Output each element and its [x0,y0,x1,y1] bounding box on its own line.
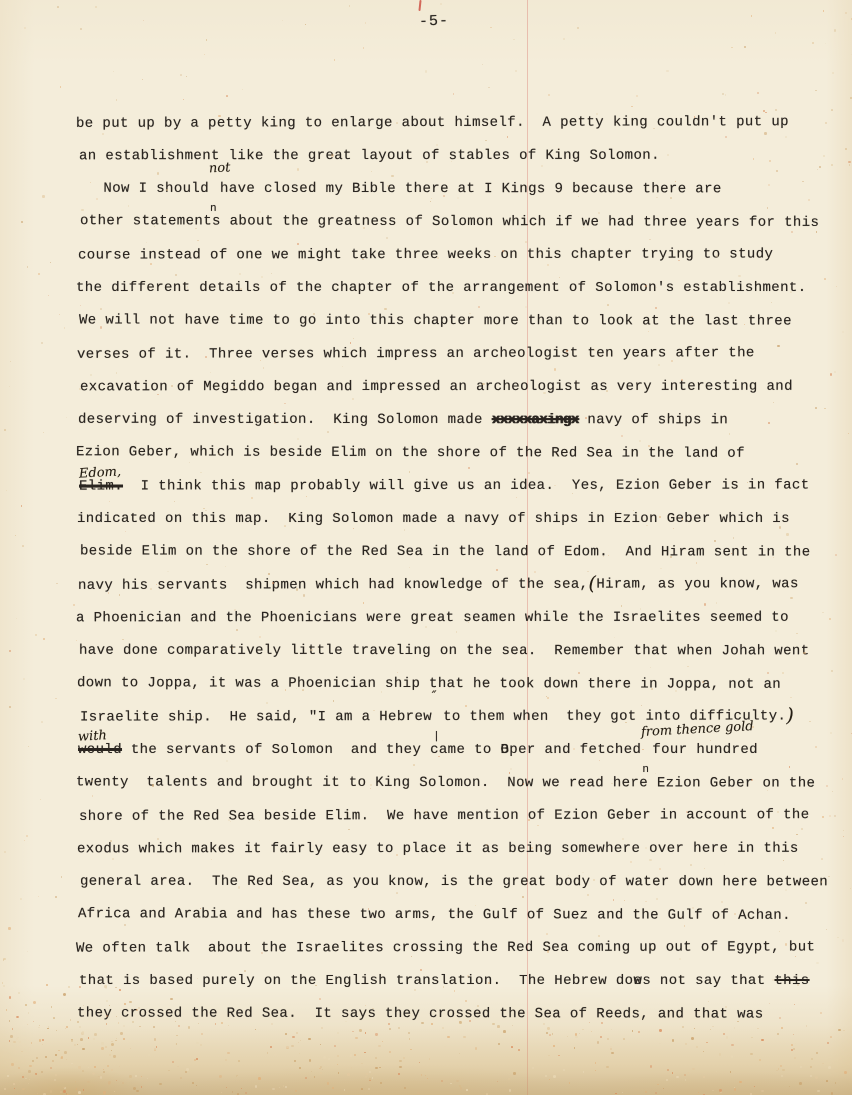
paper-speckle [365,1032,367,1034]
paper-speckle [237,1075,239,1077]
overstrike-char: e [634,971,643,991]
paper-speckle [294,1060,296,1062]
paper-speckle [90,374,92,376]
paper-speckle [610,1048,612,1050]
paper-speckle [781,1027,783,1029]
paper-speckle [38,1027,40,1029]
paper-speckle [587,894,589,896]
paper-speckle [823,10,825,12]
paper-speckle [822,1063,823,1064]
paper-speckle [507,136,508,137]
paper-speckle [703,1051,704,1052]
paper-speckle [754,1086,755,1087]
paper-speckle [610,1046,612,1048]
paper-speckle [733,537,735,539]
typed-text: excavation of Megiddo began and impresse… [80,379,793,396]
paper-speckle [63,993,66,996]
paper-speckle [808,199,809,200]
paper-speckle [2,982,4,984]
paper-speckle [417,1092,419,1094]
paper-speckle [157,172,159,174]
paper-speckle [29,1065,32,1068]
paper-speckle [241,1088,242,1089]
paper-speckle [352,398,354,400]
paper-speckle [777,345,779,347]
paper-speckle [822,816,823,817]
paper-speckle [51,1006,53,1008]
typed-line: the different details of the chapter of … [76,278,807,298]
paper-speckle [845,148,847,150]
paper-speckle [380,1082,382,1084]
paper-speckle [351,1067,352,1068]
paper-speckle [196,1042,198,1044]
paper-speckle [266,702,268,704]
paper-speckle [440,3,442,5]
paper-speckle [32,1060,34,1062]
handwritten-mark: ) [786,704,794,726]
paper-speckle [835,1082,837,1084]
paper-speckle [834,29,836,31]
paper-speckle [579,1033,580,1034]
paper-speckle [55,896,57,898]
paper-speckle [794,1004,795,1005]
paper-speckle [174,501,175,502]
paper-speckle [682,1026,684,1028]
typed-text: twenty talents and brought it to King So… [76,774,815,791]
paper-speckle [621,435,623,437]
paper-speckle [739,1081,741,1083]
paper-speckle [116,1038,117,1039]
paper-speckle [116,372,118,374]
paper-speckle [192,1082,194,1084]
paper-speckle [389,1028,391,1030]
paper-speckle [831,109,833,111]
paper-speckle [554,368,556,370]
handwritten-correction: with [77,726,107,747]
paper-speckle [630,861,632,863]
paper-speckle [379,1067,380,1068]
paper-speckle [60,1091,62,1093]
typed-line: beside Elim on the shore of the Red Sea … [80,541,811,562]
paper-speckle [844,1071,847,1074]
typed-text: Hiram, as you know, was [596,576,798,592]
paper-speckle [35,1074,36,1075]
paper-speckle [76,1088,77,1089]
paper-speckle [271,273,272,274]
paper-speckle [510,768,512,770]
typed-line: they crossed the Red Sea. It says they c… [77,1003,764,1024]
paper-speckle [738,275,740,277]
paper-speckle [694,1028,695,1029]
paper-speckle [154,1038,156,1040]
paper-speckle [522,896,524,898]
paper-speckle [168,1070,170,1072]
paper-speckle [172,1061,173,1062]
paper-speckle [421,1074,422,1075]
paper-speckle [615,1093,617,1095]
paper-speckle [119,1066,120,1067]
paper-speckle [28,1083,29,1084]
paper-speckle [194,1059,196,1061]
typed-text: Africa and Arabia and has these two arms… [78,906,791,924]
paper-speckle [38,896,39,897]
paper-speckle [363,47,364,48]
paper-speckle [849,164,850,165]
paper-speckle [509,1089,512,1092]
typed-text: deserving of investigation. King Solomon… [78,412,492,428]
paper-speckle [347,1073,350,1076]
paper-speckle [645,1091,647,1093]
paper-speckle [63,1090,66,1093]
paper-speckle [14,1088,15,1089]
paper-speckle [369,1080,371,1082]
paper-speckle [482,64,483,65]
paper-speckle [595,1062,596,1063]
paper-speckle [42,195,44,197]
paper-speckle [255,1085,257,1087]
paper-speckle [93,1038,95,1040]
paper-speckle [823,155,825,157]
paper-speckle [226,95,228,97]
paper-speckle [843,836,844,837]
paper-speckle [61,876,62,877]
paper-speckle [111,1041,112,1042]
paper-speckle [726,1036,729,1039]
typed-text: navy of ships in [579,412,729,428]
typed-text: We will not have time to go into this ch… [79,312,792,329]
paper-speckle [18,1067,20,1069]
paper-speckle [552,1033,553,1034]
paper-speckle [101,1047,103,1049]
paper-speckle [430,201,431,202]
paper-speckle [485,140,486,141]
paper-speckle [88,1067,89,1068]
paper-speckle [348,829,350,831]
paper-speckle [815,407,817,409]
paper-speckle [826,785,828,787]
paper-speckle [141,1076,142,1077]
paper-speckle [107,1065,109,1067]
paper-speckle [567,1036,568,1037]
paper-speckle [838,1029,840,1031]
paper-speckle [398,1073,400,1075]
paper-speckle [365,1076,367,1078]
paper-speckle [769,160,771,162]
paper-speckle [663,1088,664,1089]
paper-speckle [8,927,10,929]
paper-speckle [251,497,253,499]
paper-speckle [403,1057,405,1059]
paper-speckle [334,59,335,60]
paper-speckle [305,1077,307,1079]
paper-speckle [299,1053,300,1054]
paper-speckle [103,1069,104,1070]
paper-speckle [225,566,226,567]
paper-speckle [227,1052,230,1055]
paper-speckle [297,438,299,440]
paper-speckle [50,262,51,263]
paper-speckle [176,1035,177,1036]
paper-speckle [831,164,833,166]
paper-speckle [139,1026,141,1028]
paper-speckle [656,898,658,900]
paper-speckle [638,1031,640,1033]
paper-speckle [371,171,372,172]
paper-speckle [361,1088,363,1090]
paper-speckle [41,342,42,343]
typed-text: four hundred [652,742,758,758]
paper-speckle [704,868,705,869]
paper-speckle [78,1091,81,1094]
paper-speckle [649,859,651,861]
paper-speckle [35,1073,37,1075]
paper-speckle [827,1042,830,1045]
paper-speckle [722,93,724,95]
paper-speckle [410,1049,412,1051]
paper-speckle [41,1071,43,1073]
paper-speckle [409,471,411,473]
paper-speckle [816,1052,818,1054]
paper-speckle [801,828,803,830]
paper-speckle [21,1051,23,1053]
paper-speckle [753,158,754,159]
paper-speckle [791,1049,793,1051]
paper-speckle [35,634,36,635]
typed-line: Ezion Geber, which is beside Elim on the… [76,442,745,464]
paper-speckle [322,1069,323,1070]
paper-speckle [73,604,75,606]
paper-speckle [238,1060,240,1062]
paper-speckle [123,1038,125,1040]
paper-speckle [219,1075,221,1077]
paper-speckle [834,815,836,817]
paper-speckle [378,1045,381,1048]
paper-speckle [783,860,784,861]
paper-speckle [3,959,4,960]
paper-speckle [292,1036,295,1039]
paper-speckle [391,175,393,177]
typed-text: We often talk about the Israelites cross… [76,939,815,956]
paper-speckle [782,1069,785,1072]
paper-speckle [94,1066,95,1067]
paper-speckle [226,760,228,762]
paper-speckle [9,996,11,998]
paper-speckle [36,1057,38,1059]
paper-speckle [10,1035,12,1037]
paper-speckle [399,1066,402,1069]
paper-speckle [475,1047,478,1050]
typed-text: they crossed the Red Sea. It says they c… [77,1005,764,1022]
paper-speckle [88,1037,89,1038]
paper-speckle [781,1075,783,1077]
paper-speckle [611,1029,612,1030]
paper-speckle [659,1029,662,1032]
paper-speckle [365,22,367,24]
paper-speckle [297,168,299,170]
paper-speckle [53,1017,55,1019]
paper-speckle [456,1080,459,1083]
paper-speckle [236,629,238,631]
paper-speckle [684,925,685,926]
paper-speckle [200,472,201,473]
paper-speckle [128,205,129,206]
paper-speckle [775,630,777,632]
paper-speckle [546,1032,548,1034]
paper-speckle [80,1046,82,1048]
paper-speckle [354,1054,356,1056]
paper-speckle [296,1032,298,1034]
paper-speckle [27,266,28,267]
paper-speckle [773,402,774,403]
typed-line: exodus which makes it fairly easy to pla… [77,839,799,860]
typed-line: an establishment like the great layout o… [79,146,660,166]
paper-speckle [284,403,286,405]
paper-speckle [135,1075,137,1077]
paper-speckle [772,827,773,828]
paper-speckle [842,778,844,780]
paper-speckle [125,531,127,533]
paper-speckle [835,554,837,556]
paper-speckle [24,27,26,29]
paper-speckle [16,618,17,619]
overtyped-char: OB [500,740,509,760]
paper-speckle [60,86,61,87]
paper-speckle [595,1070,596,1071]
paper-speckle [606,1066,608,1068]
paper-speckle [819,166,821,168]
paper-speckle [337,1064,338,1065]
paper-speckle [583,1071,585,1073]
paper-speckle [649,239,650,240]
paper-speckle [38,273,40,275]
paper-speckle [25,1078,27,1080]
paper-speckle [309,1059,311,1061]
paper-speckle [45,1056,47,1058]
paper-speckle [22,545,24,547]
paper-speckle [258,1077,261,1080]
paper-speckle [465,1000,467,1002]
paper-speckle [825,122,827,124]
paper-speckle [286,1046,289,1049]
paper-speckle [314,1076,315,1077]
paper-speckle [167,571,169,573]
paper-speckle [716,1071,717,1072]
paper-speckle [66,417,67,418]
paper-speckle [11,1063,14,1066]
paper-speckle [518,1049,520,1051]
paper-speckle [320,1066,322,1068]
paper-speckle [843,1030,845,1032]
paper-speckle [50,1090,53,1093]
paper-speckle [591,1031,592,1032]
paper-speckle [9,1020,10,1021]
paper-speckle [101,1042,104,1045]
paper-speckle [442,1027,444,1029]
paper-speckle [734,1088,737,1091]
typed-line: other statements about the greatness of … [80,211,819,233]
paper-speckle [364,1052,365,1053]
paper-speckle [156,1046,158,1048]
paper-speckle [842,939,844,941]
paper-speckle [129,1075,131,1077]
paper-speckle [845,12,847,14]
paper-speckle [136,1090,138,1092]
paper-speckle [82,1031,85,1034]
paper-speckle [597,1041,599,1043]
paper-speckle [703,1076,705,1078]
typed-line: We will not have time to go into this ch… [79,310,792,331]
paper-speckle [66,1093,68,1095]
paper-speckle [768,184,770,186]
typed-line: We often talk about the Israelites cross… [76,937,815,958]
paper-speckle [321,1027,323,1029]
paper-speckle [793,1048,795,1050]
paper-speckle [712,1090,713,1091]
paper-speckle [50,1067,52,1069]
paper-speckle [28,1012,29,1013]
paper-speckle [790,597,792,599]
paper-speckle [730,1071,731,1072]
paper-speckle [399,1060,402,1063]
typed-text: have closed my Bible there at I Kings 9 … [220,181,722,197]
overtyped-char: we [634,971,643,991]
paper-speckle [824,408,825,409]
typed-text: general area. The Red Sea, as you know, … [80,874,828,891]
paper-speckle [645,901,646,902]
typed-line: twenty talents and brought it to King So… [76,772,815,793]
paper-speckle [650,667,651,668]
paper-speckle [802,181,803,182]
paper-speckle [42,1039,44,1041]
paper-speckle [10,361,12,363]
paper-speckle [332,1087,334,1089]
typed-line: shore of the Red Sea beside Elim. We hav… [79,805,810,827]
paper-speckle [108,1081,111,1084]
paper-speckle [563,1069,565,1071]
paper-speckle [825,43,826,44]
paper-speckle [553,1075,556,1078]
paper-speckle [786,533,788,535]
paper-speckle [143,20,144,21]
paper-speckle [82,1070,84,1072]
paper-speckle [319,998,321,1000]
paper-speckle [239,273,241,275]
paper-speckle [549,1034,551,1036]
paper-speckle [425,1075,426,1076]
paper-speckle [111,1043,114,1046]
paper-speckle [777,1033,780,1036]
paper-speckle [716,602,717,603]
typed-text: have done comparatively little traveling… [79,643,810,660]
typed-text: verses of it. Three verses which impress… [77,345,755,363]
paper-speckle [334,1045,336,1047]
paper-speckle [761,1039,763,1041]
paper-speckle [545,1075,547,1077]
paper-speckle [176,1043,178,1045]
paper-speckle [368,1088,370,1090]
typed-line: deserving of investigation. King Solomon… [78,410,728,431]
paper-speckle [22,1076,25,1079]
red-pen-tick [418,0,421,11]
paper-speckle [52,1060,54,1062]
paper-speckle [659,868,661,870]
paper-speckle [113,1055,115,1057]
paper-speckle [826,1080,828,1082]
paper-speckle [515,70,517,72]
paper-speckle [16,1038,18,1040]
paper-speckle [183,99,184,100]
paper-speckle [80,28,81,29]
